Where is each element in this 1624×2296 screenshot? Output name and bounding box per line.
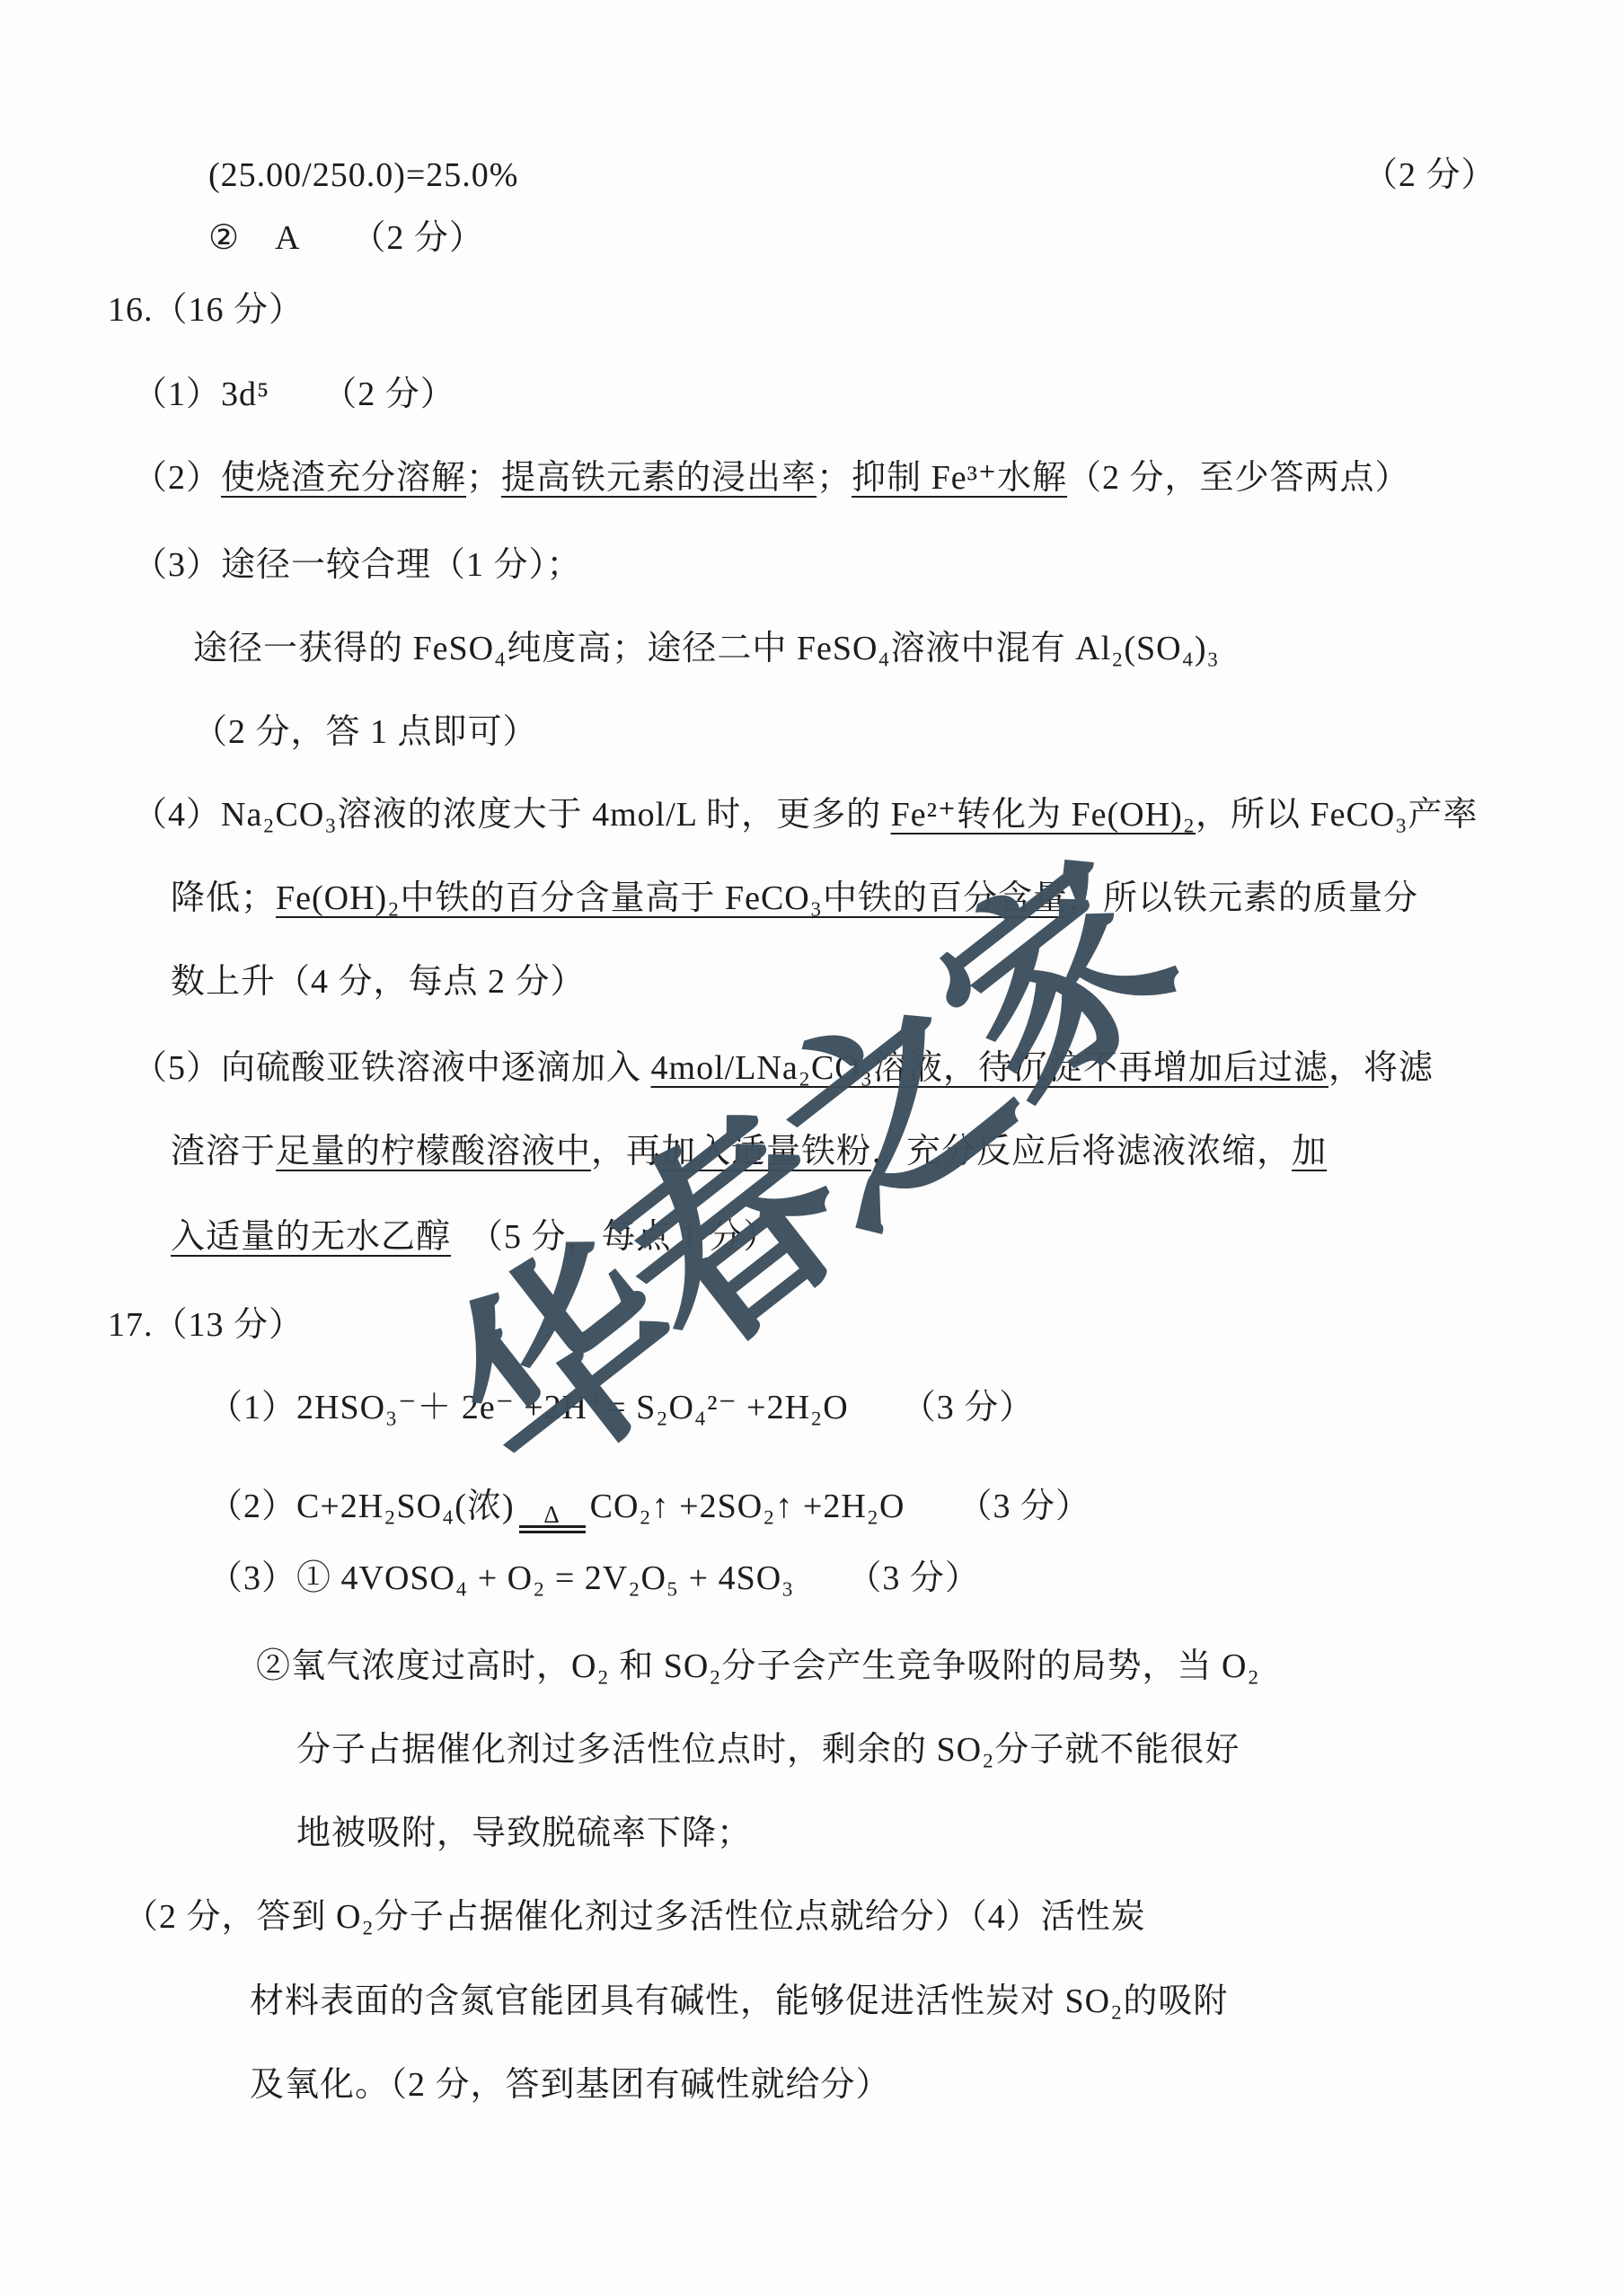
answer-line-choice-a: ② A （2 分）	[208, 214, 484, 262]
answer-17-3-1-equation: （3）① 4VOSO₄ + O₂ = 2V₂O₅ + 4SO₃ （3 分）	[208, 1554, 980, 1603]
answer-line-percent-calc: (25.00/250.0)=25.0%	[208, 151, 518, 199]
answer-16-4-cont1: 降低；Fe(OH)₂中铁的百分含量高于 FeCO₃中铁的百分含量，所以铁元素的质…	[171, 874, 1418, 923]
answer-17-1-equation: （1）2HSO₃⁻＋ 2e⁻ +2H⁺= S₂O₄²⁻ +2H₂O （3 分）	[208, 1383, 1034, 1432]
answer-17-3-2: ②氧气浓度过高时，O₂ 和 SO₂分子会产生竞争吸附的局势，当 O₂	[256, 1642, 1260, 1691]
score-badge: （2 分）	[1364, 151, 1496, 199]
answer-17-4-cont2: 及氧化。（2 分，答到基团有碱性就给分）	[250, 2061, 891, 2109]
answer-16-3-reason: 途径一获得的 FeSO₄纯度高；途径二中 FeSO₄溶液中混有 Al₂(SO₄)…	[193, 624, 1220, 673]
answer-16-5: （5）向硫酸亚铁溶液中逐滴加入 4mol/LNa₂CO₃溶液，待沉淀不再增加后过…	[133, 1044, 1434, 1092]
answer-17-4-cont1: 材料表面的含氮官能团具有碱性，能够促进活性炭对 SO₂的吸附	[250, 1977, 1228, 2026]
answer-16-5-cont2: 入适量的无水乙醇 （5 分，每点 1 分）	[171, 1213, 779, 1261]
answer-16-1: （1）3d⁵ （2 分）	[133, 370, 455, 419]
answer-16-5-cont1: 渣溶于足量的柠檬酸溶液中，再加入适量铁粉，充分反应后将滤液浓缩，加	[171, 1127, 1327, 1176]
answer-16-4-cont2: 数上升（4 分，每点 2 分）	[171, 958, 586, 1006]
answer-17-3-2-cont2: 地被吸附，导致脱硫率下降；	[296, 1809, 752, 1858]
answer-16-2: （2）使烧渣充分溶解；提高铁元素的浸出率；抑制 Fe³⁺水解（2 分，至少答两点…	[133, 454, 1410, 502]
scanned-answer-page: (25.00/250.0)=25.0% （2 分） ② A （2 分） 16.（…	[0, 0, 1624, 2296]
answer-17-2-equation: （2）C+2H₂SO₄(浓)ΔCO₂↑ +2SO₂↑ +2H₂O （3 分）	[208, 1482, 1090, 1533]
answer-16-3-score: （2 分，答 1 点即可）	[193, 708, 538, 756]
question-16-header: 16.（16 分）	[108, 286, 304, 334]
answer-16-3: （3）途径一较合理（1 分）；	[133, 541, 582, 589]
question-17-header: 17.（13 分）	[108, 1301, 304, 1349]
answer-17-3-2-cont1: 分子占据催化剂过多活性位点时，剩余的 SO₂分子就不能很好	[296, 1726, 1240, 1774]
answer-17-3-score-and-17-4: （2 分，答到 O₂分子占据催化剂过多活性位点就给分）（4）活性炭	[124, 1893, 1146, 1941]
answer-16-4: （4）Na₂CO₃溶液的浓度大于 4mol/L 时，更多的 Fe²⁺转化为 Fe…	[133, 790, 1478, 839]
